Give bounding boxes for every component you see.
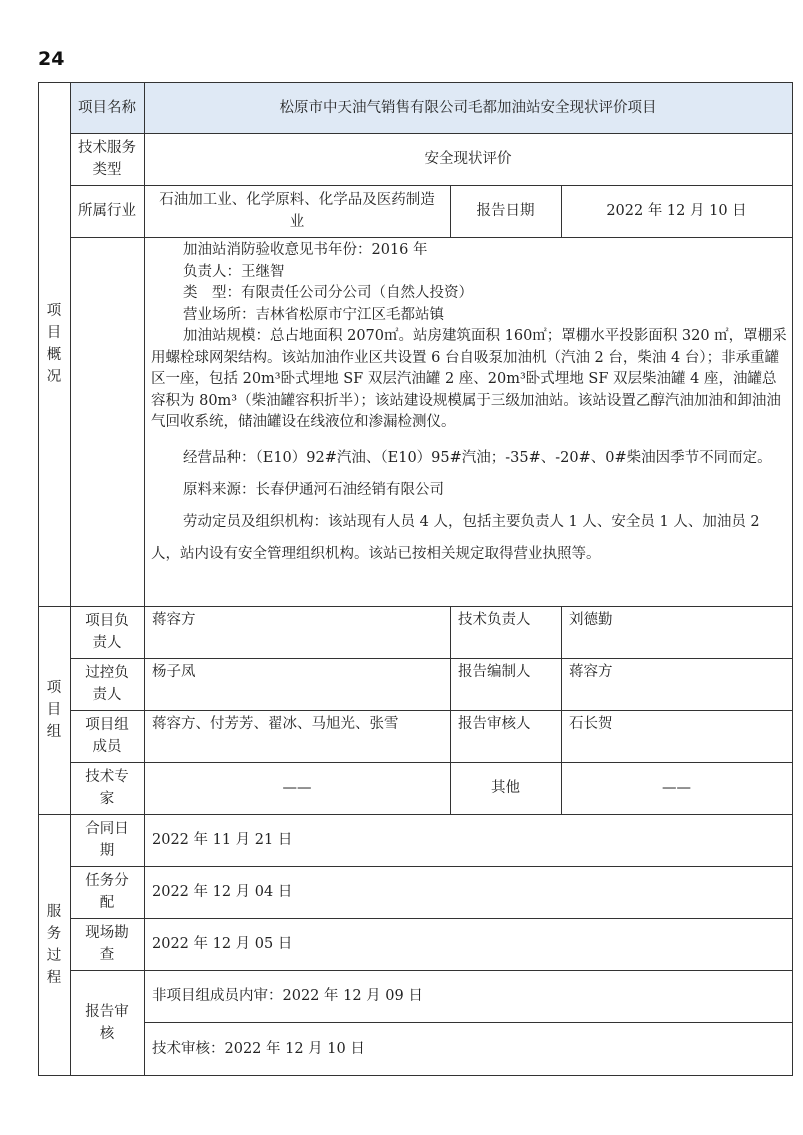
row-line [70, 710, 793, 711]
report-reviewer-label: 报告审核人 [450, 710, 561, 762]
site-survey-value: 2022 年 12 月 05 日 [144, 918, 792, 970]
industry-value: 石油加工业、化学原料、化学品及医药制造业 [144, 185, 450, 237]
project-description: 加油站消防验收意见书年份：2016 年 负责人：王继智 类 型：有限责任公司分公… [151, 240, 787, 604]
divider-team-process [38, 814, 793, 815]
desc-fire-acceptance: 加油站消防验收意见书年份：2016 年 [151, 240, 787, 262]
site-survey-label: 现场勘查 [70, 918, 144, 970]
border-top [38, 82, 793, 83]
row-line [70, 133, 793, 134]
row-line [70, 762, 793, 763]
other-value: —— [561, 762, 792, 814]
process-control-lead-label: 过控负责人 [70, 658, 144, 710]
row-line [70, 970, 793, 971]
desc-staffing: 劳动定员及组织机构：该站现有人员 4 人，包括主要负责人 1 人、安全员 1 人… [151, 506, 787, 570]
project-lead-value: 蒋容方 [144, 606, 450, 658]
row-line [144, 1022, 793, 1023]
border-right [792, 82, 793, 1076]
row-line [70, 918, 793, 919]
task-assignment-value: 2022 年 12 月 04 日 [144, 866, 792, 918]
report-date-value: 2022 年 12 月 10 日 [561, 185, 792, 237]
row-line [70, 237, 793, 238]
other-label: 其他 [450, 762, 561, 814]
internal-review-value: 非项目组成员内审：2022 年 12 月 09 日 [144, 970, 792, 1022]
contract-date-label: 合同日期 [70, 814, 144, 866]
col-line-industry-date [450, 185, 451, 237]
project-name-value: 松原市中天油气销售有限公司毛都加油站安全现状评价项目 [144, 82, 792, 133]
col-line-date-value [561, 185, 562, 237]
report-review-label: 报告审核 [70, 970, 144, 1075]
tech-lead-value: 刘德勤 [561, 606, 792, 658]
row-line [70, 658, 793, 659]
desc-company-type: 类 型：有限责任公司分公司（自然人投资） [151, 283, 787, 305]
industry-label: 所属行业 [70, 185, 144, 237]
tech-expert-value: —— [144, 762, 450, 814]
section-label-process: 服 务 过 程 [38, 814, 70, 1075]
report-reviewer-value: 石长贺 [561, 710, 792, 762]
section-label-team: 项 目 组 [38, 606, 70, 814]
team-members-value: 蒋容方、付芳芳、翟冰、马旭光、张雪 [144, 710, 450, 762]
row-line [70, 866, 793, 867]
tech-expert-label: 技术专家 [70, 762, 144, 814]
desc-person-in-charge: 负责人：王继智 [151, 262, 787, 284]
task-assignment-label: 任务分配 [70, 866, 144, 918]
technical-review-value: 技术审核：2022 年 12 月 10 日 [144, 1022, 792, 1075]
desc-products: 经营品种：（E10）92#汽油、（E10）95#汽油；-35#、-20#、0#柴… [151, 442, 787, 474]
desc-scale: 加油站规模：总占地面积 2070㎡。站房建筑面积 160㎡；罩棚水平投影面积 3… [151, 326, 787, 434]
border-left [38, 82, 39, 1076]
divider-overview-team [38, 606, 793, 607]
border-bottom [38, 1075, 793, 1076]
tech-lead-label: 技术负责人 [450, 606, 561, 658]
col-line-label [144, 82, 145, 1076]
section-label-overview: 项 目 概 况 [38, 82, 70, 606]
row-line [70, 185, 793, 186]
report-author-label: 报告编制人 [450, 658, 561, 710]
project-name-label: 项目名称 [70, 82, 144, 133]
col-line-section [70, 82, 71, 1076]
team-members-label: 项目组成员 [70, 710, 144, 762]
project-lead-label: 项目负责人 [70, 606, 144, 658]
process-control-lead-value: 杨子凤 [144, 658, 450, 710]
service-type-label: 技术服务类型 [70, 133, 144, 185]
evaluation-table: 项 目 概 况 项目名称 松原市中天油气销售有限公司毛都加油站安全现状评价项目 … [0, 0, 803, 1135]
report-date-label: 报告日期 [450, 185, 561, 237]
service-type-value: 安全现状评价 [144, 133, 792, 185]
desc-supply-source: 原料来源：长春伊通河石油经销有限公司 [151, 474, 787, 506]
desc-location: 营业场所：吉林省松原市宁江区毛都站镇 [151, 305, 787, 327]
report-author-value: 蒋容方 [561, 658, 792, 710]
contract-date-value: 2022 年 11 月 21 日 [144, 814, 792, 866]
